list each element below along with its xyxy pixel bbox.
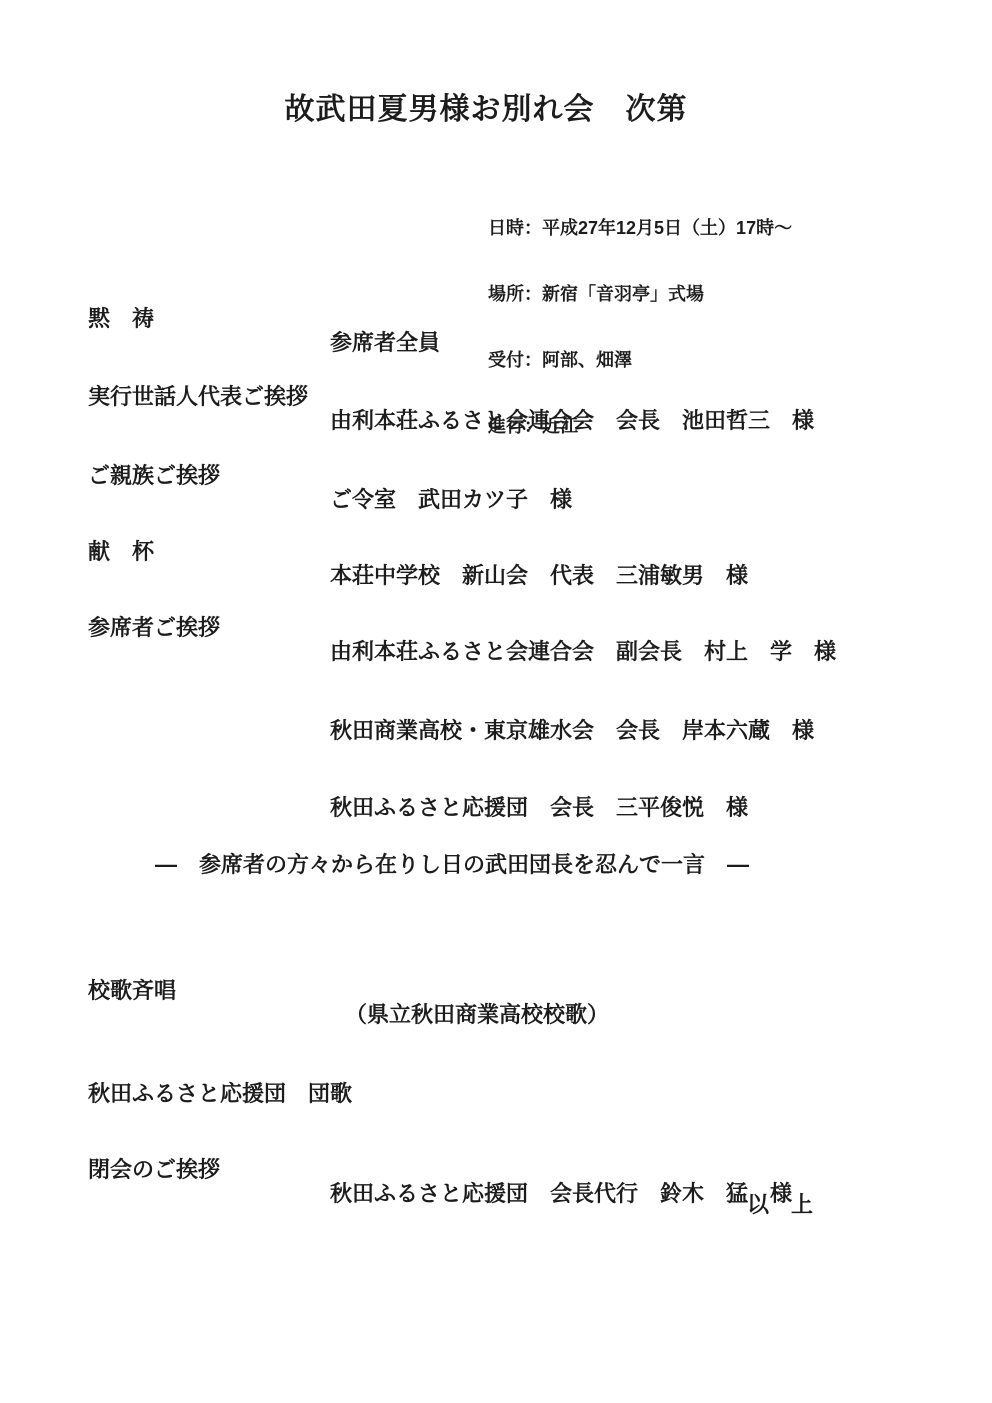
agenda-value: 秋田商業高校・東京雄水会 会長 岸本六蔵 様	[330, 719, 814, 743]
agenda-row-attendee-greeting-3: 秋田ふるさと応援団 会長 三平俊悦 様	[0, 748, 992, 845]
agenda-value: （県立秋田商業高校校歌）	[345, 1003, 609, 1027]
agenda-value: 参席者全員	[330, 331, 440, 355]
info-datetime: 日時：平成27年12月5日（土）17時～	[488, 217, 792, 239]
agenda-label: 校歌斉唱	[88, 979, 176, 1003]
document-page: 故武田夏男様お別れ会 次第 日時：平成27年12月5日（土）17時～ 場所：新宿…	[0, 0, 992, 1403]
agenda-label: 秋田ふるさと応援団 団歌	[88, 1082, 352, 1106]
agenda-label: 参席者ご挨拶	[88, 616, 220, 640]
agenda-label: 黙 祷	[88, 307, 154, 331]
agenda-label: 実行世話人代表ご挨拶	[88, 385, 308, 409]
agenda-row-school-song: 校歌斉唱 （県立秋田商業高校校歌）	[0, 955, 992, 1052]
agenda-value: 由利本荘ふるさと会連合会 会長 池田哲三 様	[330, 409, 814, 433]
closing-mark: 以 上	[747, 1188, 813, 1219]
agenda-label: ご親族ご挨拶	[88, 464, 220, 488]
agenda-value: 秋田ふるさと応援団 会長代行 鈴木 猛 様	[330, 1182, 792, 1206]
agenda-row-closing-greeting: 閉会のご挨拶 秋田ふるさと応援団 会長代行 鈴木 猛 様	[0, 1134, 992, 1231]
agenda-value: 秋田ふるさと応援団 会長 三平俊悦 様	[330, 796, 748, 820]
agenda-value: ご令室 武田カツ子 様	[330, 488, 572, 512]
page-title: 故武田夏男様お別れ会 次第	[0, 84, 972, 128]
agenda-label: 閉会のご挨拶	[88, 1158, 220, 1182]
agenda-value: 由利本荘ふるさと会連合会 副会長 村上 学 様	[330, 640, 836, 664]
interlude-line: ― 参席者の方々から在りし日の武田団長を忍んで一言 ―	[155, 848, 749, 879]
agenda-value: 本荘中学校 新山会 代表 三浦敏男 様	[330, 564, 748, 588]
agenda-label: 献 杯	[88, 540, 154, 564]
